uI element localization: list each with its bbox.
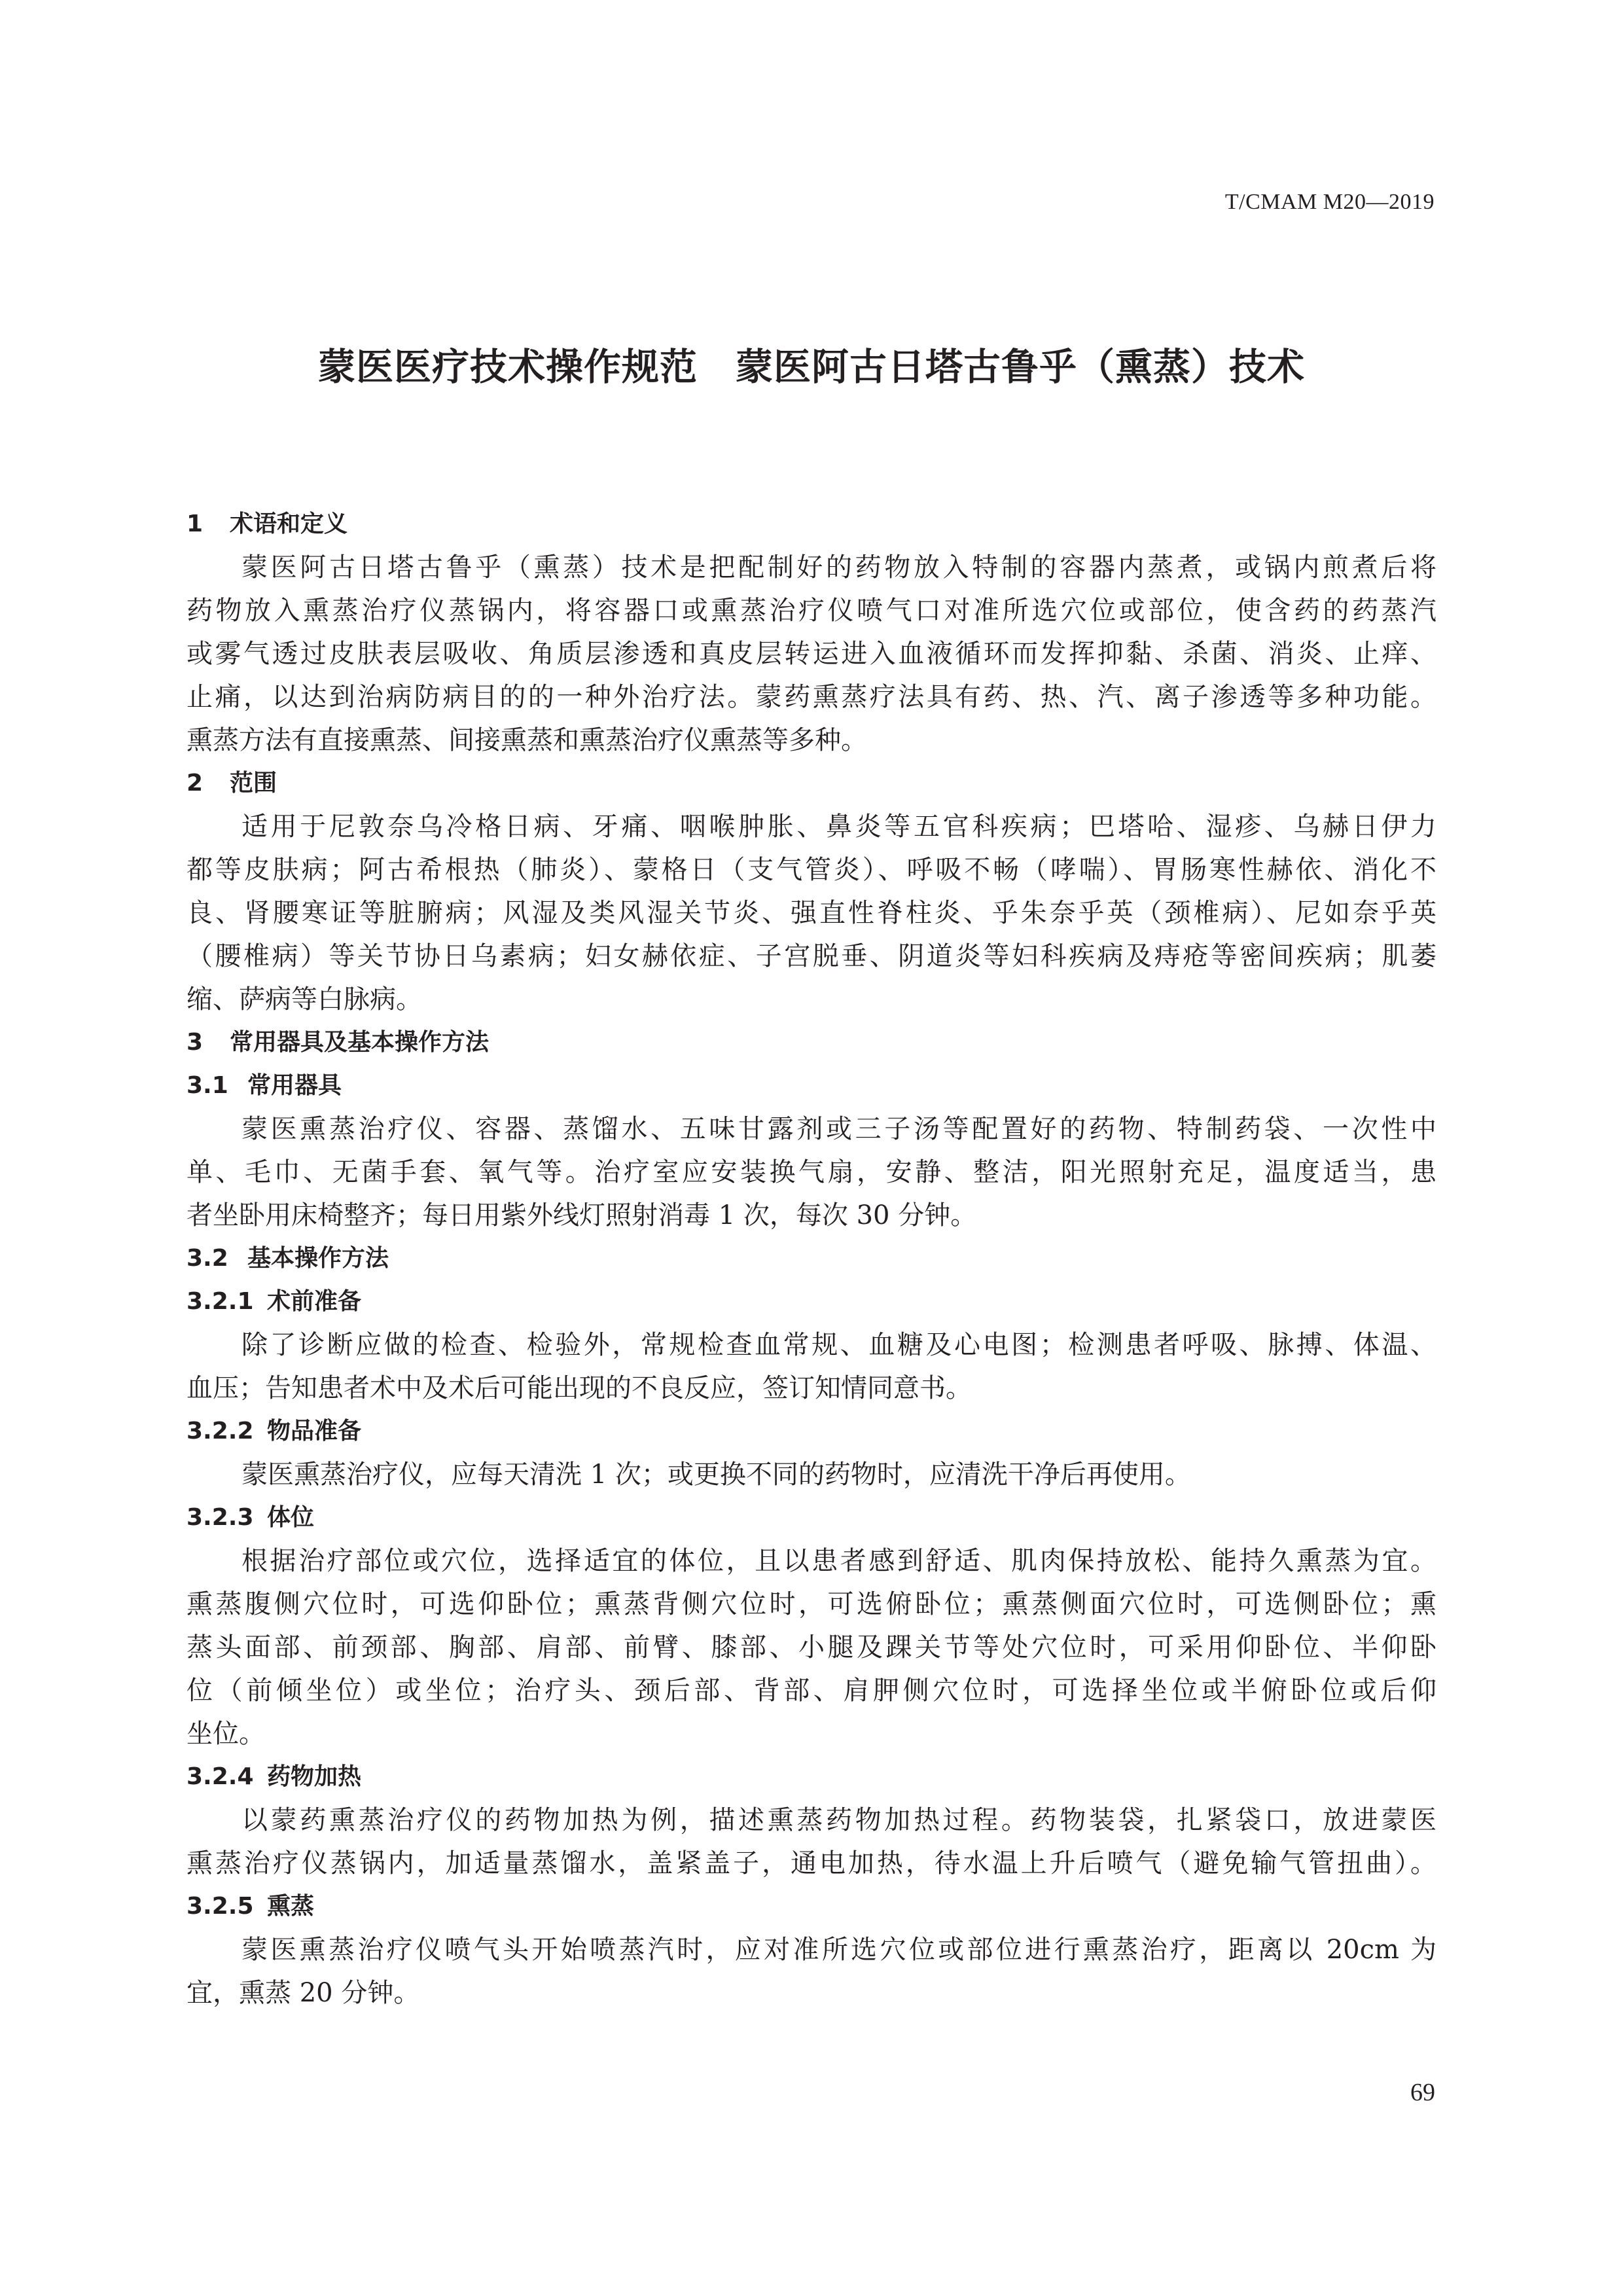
section-title: 术前准备 — [267, 1288, 361, 1315]
section-number: 3.2.4 — [187, 1755, 267, 1799]
paragraph-line: 缩、萨病等白脉病。 — [187, 978, 1436, 1021]
paragraph-line: 位（前倾坐位）或坐位；治疗头、颈后部、背部、肩胛侧穴位时，可选择坐位或半俯卧位或… — [187, 1669, 1436, 1712]
section-heading-3-2-1: 3.2.1术前准备 — [187, 1280, 1436, 1323]
paragraph-line: 血压；告知患者术中及术后可能出现的不良反应，签订知情同意书。 — [187, 1367, 1436, 1410]
paragraph-line: 蒙医熏蒸治疗仪，应每天清洗 1 次；或更换不同的药物时，应清洗干净后再使用。 — [187, 1453, 1436, 1496]
page-title: 蒙医医疗技术操作规范 蒙医阿古日塔古鲁乎（熏蒸）技术 — [0, 337, 1623, 391]
paragraph-line: 蒙医熏蒸治疗仪喷气头开始喷蒸汽时，应对准所选穴位或部位进行熏蒸治疗，距离以 20… — [187, 1928, 1436, 1971]
paragraph-line: 除了诊断应做的检查、检验外，常规检查血常规、血糖及心电图；检测患者呼吸、脉搏、体… — [187, 1323, 1436, 1367]
section-heading-3: 3常用器具及基本操作方法 — [187, 1021, 1436, 1064]
document-body: 1术语和定义 蒙医阿古日塔古鲁乎（熏蒸）技术是把配制好的药物放入特制的容器内蒸煮… — [187, 503, 1436, 2015]
section-heading-3-2-2: 3.2.2物品准备 — [187, 1410, 1436, 1453]
section-title: 体位 — [267, 1504, 314, 1531]
section-number: 3.2.3 — [187, 1496, 267, 1539]
paragraph-line: 蒸头面部、前颈部、胸部、肩部、前臂、膝部、小腿及踝关节等处穴位时，可采用仰卧位、… — [187, 1626, 1436, 1669]
paragraph-line: 熏蒸方法有直接熏蒸、间接熏蒸和熏蒸治疗仪熏蒸等多种。 — [187, 719, 1436, 762]
section-number: 3 — [187, 1021, 230, 1064]
section-title: 药物加热 — [267, 1763, 361, 1790]
section-title: 物品准备 — [267, 1418, 361, 1444]
paragraph-line: 坐位。 — [187, 1712, 1436, 1755]
paragraph-line: 或雾气透过皮肤表层吸收、角质层渗透和真皮层转运进入血液循环而发挥抑黏、杀菌、消炎… — [187, 632, 1436, 675]
section-number: 1 — [187, 503, 230, 546]
paragraph-line: 适用于尼敦奈乌冷格日病、牙痛、咽喉肿胀、鼻炎等五官科疾病；巴塔哈、湿疹、乌赫日伊… — [187, 805, 1436, 848]
section-number: 3.2.5 — [187, 1885, 267, 1928]
section-number: 3.2.2 — [187, 1410, 267, 1453]
section-heading-3-2-4: 3.2.4药物加热 — [187, 1755, 1436, 1799]
paragraph-line: 止痛，以达到治病防病目的的一种外治疗法。蒙药熏蒸疗法具有药、热、汽、离子渗透等多… — [187, 675, 1436, 719]
paragraph-line: 熏蒸腹侧穴位时，可选仰卧位；熏蒸背侧穴位时，可选俯卧位；熏蒸侧面穴位时，可选侧卧… — [187, 1583, 1436, 1626]
section-heading-3-2-5: 3.2.5熏蒸 — [187, 1885, 1436, 1928]
section-title: 术语和定义 — [230, 511, 348, 537]
section-title: 基本操作方法 — [247, 1245, 389, 1272]
paragraph-line: 熏蒸治疗仪蒸锅内，加适量蒸馏水，盖紧盖子，通电加热，待水温上升后喷气（避免输气管… — [187, 1842, 1436, 1885]
section-heading-1: 1术语和定义 — [187, 503, 1436, 546]
section-title: 熏蒸 — [267, 1893, 314, 1920]
paragraph-line: 宜，熏蒸 20 分钟。 — [187, 1971, 1436, 2015]
paragraph-line: 蒙医熏蒸治疗仪、容器、蒸馏水、五味甘露剂或三子汤等配置好的药物、特制药袋、一次性… — [187, 1107, 1436, 1151]
standard-code: T/CMAM M20—2019 — [1225, 190, 1435, 215]
paragraph-line: 单、毛巾、无菌手套、氧气等。治疗室应安装换气扇，安静、整洁，阳光照射充足，温度适… — [187, 1151, 1436, 1194]
section-number: 3.2.1 — [187, 1280, 267, 1323]
paragraph-line: 以蒙药熏蒸治疗仪的药物加热为例，描述熏蒸药物加热过程。药物装袋，扎紧袋口，放进蒙… — [187, 1799, 1436, 1842]
section-title: 常用器具 — [247, 1072, 342, 1099]
paragraph-line: 根据治疗部位或穴位，选择适宜的体位，且以患者感到舒适、肌肉保持放松、能持久熏蒸为… — [187, 1539, 1436, 1583]
paragraph-line: 蒙医阿古日塔古鲁乎（熏蒸）技术是把配制好的药物放入特制的容器内蒸煮，或锅内煎煮后… — [187, 546, 1436, 589]
document-page: T/CMAM M20—2019 蒙医医疗技术操作规范 蒙医阿古日塔古鲁乎（熏蒸）… — [0, 0, 1623, 2296]
section-heading-3-2-3: 3.2.3体位 — [187, 1496, 1436, 1539]
section-title: 常用器具及基本操作方法 — [230, 1029, 489, 1056]
paragraph-line: 良、肾腰寒证等脏腑病；风湿及类风湿关节炎、强直性脊柱炎、乎朱奈乎英（颈椎病）、尼… — [187, 891, 1436, 935]
section-number: 3.1 — [187, 1064, 247, 1107]
section-title: 范围 — [230, 770, 277, 797]
section-heading-2: 2范围 — [187, 762, 1436, 805]
section-number: 2 — [187, 762, 230, 805]
section-heading-3-2: 3.2基本操作方法 — [187, 1237, 1436, 1280]
section-heading-3-1: 3.1常用器具 — [187, 1064, 1436, 1107]
paragraph-line: （腰椎病）等关节协日乌素病；妇女赫依症、子宫脱垂、阴道炎等妇科疾病及痔疮等密间疾… — [187, 935, 1436, 978]
section-number: 3.2 — [187, 1237, 247, 1280]
paragraph-line: 都等皮肤病；阿古希根热（肺炎）、蒙格日（支气管炎）、呼吸不畅（哮喘）、胃肠寒性赫… — [187, 848, 1436, 891]
page-number: 69 — [1410, 2078, 1435, 2107]
paragraph-line: 药物放入熏蒸治疗仪蒸锅内，将容器口或熏蒸治疗仪喷气口对准所选穴位或部位，使含药的… — [187, 589, 1436, 632]
paragraph-line: 者坐卧用床椅整齐；每日用紫外线灯照射消毒 1 次，每次 30 分钟。 — [187, 1194, 1436, 1237]
